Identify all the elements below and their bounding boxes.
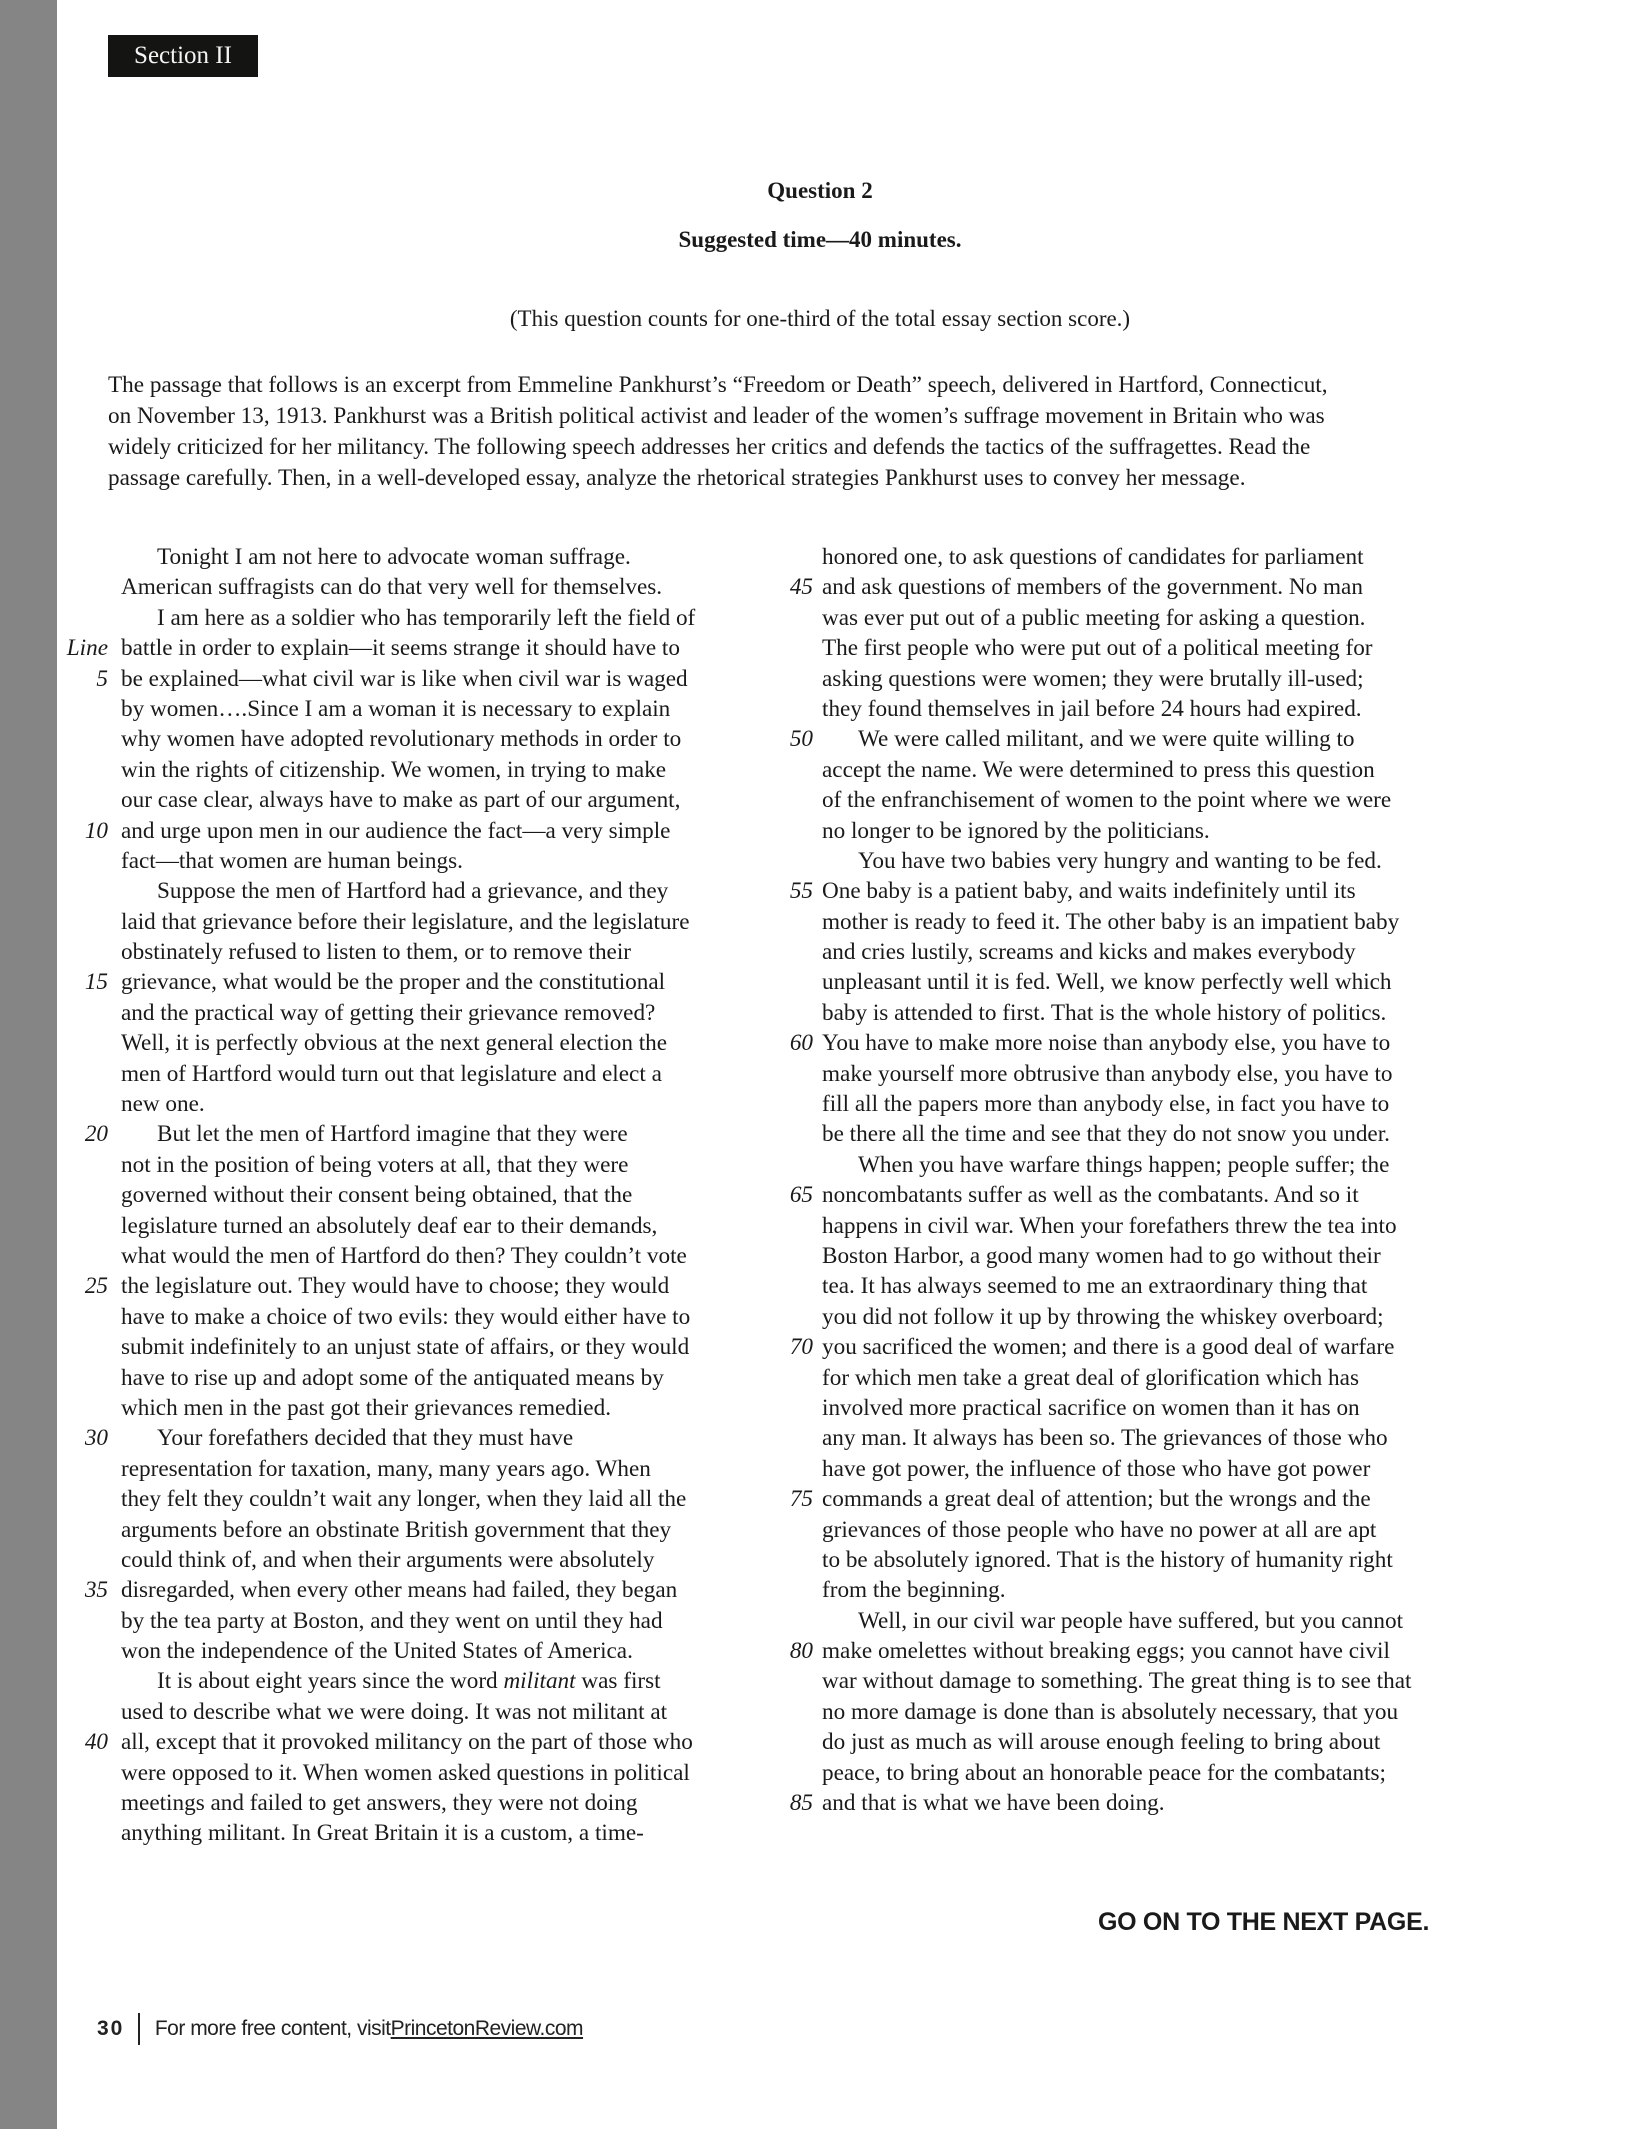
line-number: 70 [760,1332,813,1362]
passage-line: to be absolutely ignored. That is the hi… [760,1545,1460,1575]
passage-line: 65noncombatants suffer as well as the co… [760,1180,1460,1210]
line-text: used to describe what we were doing. It … [121,1697,667,1727]
passage-line: I am here as a soldier who has temporari… [55,603,755,633]
passage-line: 50We were called militant, and we were q… [760,724,1460,754]
passage-right-column: honored one, to ask questions of candida… [760,542,1460,1818]
passage-line: mother is ready to feed it. The other ba… [760,907,1460,937]
line-text: submit indefinitely to an unjust state o… [121,1332,689,1362]
passage-line: could think of, and when their arguments… [55,1545,755,1575]
passage-line: win the rights of citizenship. We women,… [55,755,755,785]
passage-line: 70you sacrificed the women; and there is… [760,1332,1460,1362]
line-text: representation for taxation, many, many … [121,1454,651,1484]
line-number: 25 [55,1271,108,1301]
passage-line: make yourself more obtrusive than anybod… [760,1059,1460,1089]
line-text: and cries lustily, screams and kicks and… [822,937,1356,967]
line-text: they felt they couldn’t wait any longer,… [121,1484,686,1514]
line-number: 55 [760,876,813,906]
line-text: honored one, to ask questions of candida… [822,542,1364,572]
question-weight-note: (This question counts for one-third of t… [0,306,1640,332]
line-number: 75 [760,1484,813,1514]
passage-line: Tonight I am not here to advocate woman … [55,542,755,572]
page-footer: 30 For more free content, visit Princeto… [97,2014,583,2044]
passage-line: It is about eight years since the word m… [55,1666,755,1696]
passage-line: tea. It has always seemed to me an extra… [760,1271,1460,1301]
passage-line: war without damage to something. The gre… [760,1666,1460,1696]
line-text: new one. [121,1089,205,1119]
line-text: what would the men of Hartford do then? … [121,1241,687,1271]
line-text: You have to make more noise than anybody… [822,1028,1390,1058]
passage-line: not in the position of being voters at a… [55,1150,755,1180]
passage-line: and the practical way of getting their g… [55,998,755,1028]
line-number: Line [55,633,108,663]
line-text: you did not follow it up by throwing the… [822,1302,1384,1332]
footer-divider [138,2013,140,2045]
intro-line: widely criticized for her militancy. The… [108,432,1468,463]
line-text: and ask questions of members of the gove… [822,572,1363,602]
line-text: and the practical way of getting their g… [121,998,655,1028]
passage-line: involved more practical sacrifice on wom… [760,1393,1460,1423]
line-text: obstinately refused to listen to them, o… [121,937,631,967]
passage-line: what would the men of Hartford do then? … [55,1241,755,1271]
line-text: But let the men of Hartford imagine that… [121,1119,628,1149]
line-text: of the enfranchisement of women to the p… [822,785,1391,815]
line-text: We were called militant, and we were qui… [822,724,1355,754]
passage-line: which men in the past got their grievanc… [55,1393,755,1423]
line-text: I am here as a soldier who has temporari… [121,603,695,633]
passage-line: honored one, to ask questions of candida… [760,542,1460,572]
line-text: mother is ready to feed it. The other ba… [822,907,1399,937]
line-text: governed without their consent being obt… [121,1180,632,1210]
line-text: could think of, and when their arguments… [121,1545,654,1575]
line-text: asking questions were women; they were b… [822,664,1364,694]
passage-left-column: Tonight I am not here to advocate woman … [55,542,755,1849]
passage-line: men of Hartford would turn out that legi… [55,1059,755,1089]
line-text: be explained—what civil war is like when… [121,664,688,694]
line-text: anything militant. In Great Britain it i… [121,1818,644,1848]
passage-line: no more damage is done than is absolutel… [760,1697,1460,1727]
passage-line: fill all the papers more than anybody el… [760,1089,1460,1119]
line-text: make omelettes without breaking eggs; yo… [822,1636,1390,1666]
passage-line: meetings and failed to get answers, they… [55,1788,755,1818]
line-text: Well, it is perfectly obvious at the nex… [121,1028,667,1058]
line-number: 80 [760,1636,813,1666]
footer-text: For more free content, visit [155,2017,391,2041]
emphasized-word: militant [503,1668,575,1694]
passage-line: accept the name. We were determined to p… [760,755,1460,785]
passage-line: they found themselves in jail before 24 … [760,694,1460,724]
intro-paragraph: The passage that follows is an excerpt f… [108,370,1468,494]
line-text: win the rights of citizenship. We women,… [121,755,666,785]
question-title: Question 2 [0,178,1640,204]
passage-line: 80make omelettes without breaking eggs; … [760,1636,1460,1666]
line-text-segment: It is about eight years since the word [157,1668,503,1694]
line-text: have to rise up and adopt some of the an… [121,1363,664,1393]
line-text: no more damage is done than is absolutel… [822,1697,1398,1727]
line-number: 20 [55,1119,108,1149]
passage-line: arguments before an obstinate British go… [55,1515,755,1545]
passage-line: 20But let the men of Hartford imagine th… [55,1119,755,1149]
line-text: One baby is a patient baby, and waits in… [822,876,1356,906]
passage-line: you did not follow it up by throwing the… [760,1302,1460,1332]
passage-line: 60You have to make more noise than anybo… [760,1028,1460,1058]
line-text: all, except that it provoked militancy o… [121,1727,693,1757]
passage-line: The first people who were put out of a p… [760,633,1460,663]
line-text: Your forefathers decided that they must … [121,1423,573,1453]
line-number: 40 [55,1727,108,1757]
line-text: make yourself more obtrusive than anybod… [822,1059,1393,1089]
passage-line: baby is attended to first. That is the w… [760,998,1460,1028]
passage-line: 35disregarded, when every other means ha… [55,1575,755,1605]
line-text: by the tea party at Boston, and they wen… [121,1606,663,1636]
passage-line: have to rise up and adopt some of the an… [55,1363,755,1393]
passage-line: Linebattle in order to explain—it seems … [55,633,755,663]
passage-line: governed without their consent being obt… [55,1180,755,1210]
passage-line: by women….Since I am a woman it is neces… [55,694,755,724]
line-text: from the beginning. [822,1575,1006,1605]
line-text: they found themselves in jail before 24 … [822,694,1362,724]
line-text: were opposed to it. When women asked que… [121,1758,690,1788]
passage-line: and cries lustily, screams and kicks and… [760,937,1460,967]
passage-line: 55One baby is a patient baby, and waits … [760,876,1460,906]
line-text: noncombatants suffer as well as the comb… [822,1180,1359,1210]
line-text: tea. It has always seemed to me an extra… [822,1271,1367,1301]
passage-line: any man. It always has been so. The grie… [760,1423,1460,1453]
line-text: involved more practical sacrifice on wom… [822,1393,1360,1423]
line-text: no longer to be ignored by the politicia… [822,816,1210,846]
passage-line: by the tea party at Boston, and they wen… [55,1606,755,1636]
passage-line: obstinately refused to listen to them, o… [55,937,755,967]
line-text: which men in the past got their grievanc… [121,1393,611,1423]
passage-line: unpleasant until it is fed. Well, we kno… [760,967,1460,997]
passage-line: no longer to be ignored by the politicia… [760,816,1460,846]
passage-line: 40all, except that it provoked militancy… [55,1727,755,1757]
line-text: grievance, what would be the proper and … [121,967,665,997]
passage-line: happens in civil war. When your forefath… [760,1211,1460,1241]
passage-line: When you have warfare things happen; peo… [760,1150,1460,1180]
line-text: unpleasant until it is fed. Well, we kno… [822,967,1392,997]
line-text: peace, to bring about an honorable peace… [822,1758,1386,1788]
line-text: fill all the papers more than anybody el… [822,1089,1389,1119]
line-text: The first people who were put out of a p… [822,633,1373,663]
passage-line: peace, to bring about an honorable peace… [760,1758,1460,1788]
line-text: happens in civil war. When your forefath… [822,1211,1397,1241]
passage-line: Suppose the men of Hartford had a grieva… [55,876,755,906]
line-number: 85 [760,1788,813,1818]
line-text: won the independence of the United State… [121,1636,633,1666]
passage-line: from the beginning. [760,1575,1460,1605]
passage-line: grievances of those people who have no p… [760,1515,1460,1545]
passage-line: 5be explained—what civil war is like whe… [55,664,755,694]
passage-line: 10and urge upon men in our audience the … [55,816,755,846]
line-number: 65 [760,1180,813,1210]
line-text: to be absolutely ignored. That is the hi… [822,1545,1393,1575]
line-number: 10 [55,816,108,846]
line-number: 15 [55,967,108,997]
line-text: Tonight I am not here to advocate woman … [121,542,631,572]
section-badge: Section II [108,35,258,77]
passage-line: be there all the time and see that they … [760,1119,1460,1149]
passage-line: asking questions were women; they were b… [760,664,1460,694]
line-text: disregarded, when every other means had … [121,1575,677,1605]
line-text: was ever put out of a public meeting for… [822,603,1365,633]
line-text: and urge upon men in our audience the fa… [121,816,670,846]
line-text: baby is attended to first. That is the w… [822,998,1386,1028]
line-text: accept the name. We were determined to p… [822,755,1375,785]
line-text: arguments before an obstinate British go… [121,1515,671,1545]
passage-line: legislature turned an absolutely deaf ea… [55,1211,755,1241]
line-text: Boston Harbor, a good many women had to … [822,1241,1381,1271]
line-text: American suffragists can do that very we… [121,572,662,602]
passage-line: 30Your forefathers decided that they mus… [55,1423,755,1453]
passage-line: representation for taxation, many, many … [55,1454,755,1484]
page-number: 30 [97,2017,124,2041]
passage-line: Well, it is perfectly obvious at the nex… [55,1028,755,1058]
go-on-next-page: GO ON TO THE NEXT PAGE. [1098,1908,1429,1937]
passage-line: used to describe what we were doing. It … [55,1697,755,1727]
passage-line: You have two babies very hungry and want… [760,846,1460,876]
passage-line: 85and that is what we have been doing. [760,1788,1460,1818]
line-text: war without damage to something. The gre… [822,1666,1411,1696]
line-text: do just as much as will arouse enough fe… [822,1727,1380,1757]
passage-line: was ever put out of a public meeting for… [760,603,1460,633]
passage-line: anything militant. In Great Britain it i… [55,1818,755,1848]
line-text: You have two babies very hungry and want… [822,846,1382,876]
line-text: not in the position of being voters at a… [121,1150,628,1180]
line-text: legislature turned an absolutely deaf ea… [121,1211,657,1241]
passage-line: for which men take a great deal of glori… [760,1363,1460,1393]
line-text: commands a great deal of attention; but … [822,1484,1371,1514]
line-text: battle in order to explain—it seems stra… [121,633,680,663]
line-number: 5 [55,664,108,694]
line-text: you sacrificed the women; and there is a… [822,1332,1394,1362]
passage-line: Boston Harbor, a good many women had to … [760,1241,1460,1271]
passage-line: our case clear, always have to make as p… [55,785,755,815]
line-text: be there all the time and see that they … [822,1119,1390,1149]
passage-line: submit indefinitely to an unjust state o… [55,1332,755,1362]
line-text: fact—that women are human beings. [121,846,463,876]
passage-line: of the enfranchisement of women to the p… [760,785,1460,815]
passage-line: 75commands a great deal of attention; bu… [760,1484,1460,1514]
princeton-review-link[interactable]: PrincetonReview.com [391,2017,583,2041]
passage-line: were opposed to it. When women asked que… [55,1758,755,1788]
line-text: When you have warfare things happen; peo… [822,1150,1389,1180]
line-text: Suppose the men of Hartford had a grieva… [121,876,668,906]
passage-line: laid that grievance before their legisla… [55,907,755,937]
passage-line: 15grievance, what would be the proper an… [55,967,755,997]
passage-line: won the independence of the United State… [55,1636,755,1666]
line-text: It is about eight years since the word m… [121,1666,661,1696]
line-text: the legislature out. They would have to … [121,1271,669,1301]
line-number: 45 [760,572,813,602]
line-number: 35 [55,1575,108,1605]
passage-line: they felt they couldn’t wait any longer,… [55,1484,755,1514]
passage-line: have to make a choice of two evils: they… [55,1302,755,1332]
passage-line: why women have adopted revolutionary met… [55,724,755,754]
passage-line: 25the legislature out. They would have t… [55,1271,755,1301]
line-text: and that is what we have been doing. [822,1788,1165,1818]
line-text: our case clear, always have to make as p… [121,785,680,815]
line-text-segment: was first [576,1668,661,1694]
passage-line: new one. [55,1089,755,1119]
line-text: for which men take a great deal of glori… [822,1363,1359,1393]
passage-line: fact—that women are human beings. [55,846,755,876]
line-number: 30 [55,1423,108,1453]
line-text: grievances of those people who have no p… [822,1515,1376,1545]
passage-line: do just as much as will arouse enough fe… [760,1727,1460,1757]
passage-line: Well, in our civil war people have suffe… [760,1606,1460,1636]
line-text: meetings and failed to get answers, they… [121,1788,637,1818]
line-text: Well, in our civil war people have suffe… [822,1606,1403,1636]
line-text: have to make a choice of two evils: they… [121,1302,690,1332]
passage-line: have got power, the influence of those w… [760,1454,1460,1484]
line-text: why women have adopted revolutionary met… [121,724,681,754]
suggested-time: Suggested time—40 minutes. [0,227,1640,253]
line-text: laid that grievance before their legisla… [121,907,690,937]
passage-line: 45and ask questions of members of the go… [760,572,1460,602]
line-text: any man. It always has been so. The grie… [822,1423,1388,1453]
line-text: men of Hartford would turn out that legi… [121,1059,662,1089]
intro-line: passage carefully. Then, in a well-devel… [108,463,1468,494]
intro-line: The passage that follows is an excerpt f… [108,370,1468,401]
line-number: 50 [760,724,813,754]
line-text: have got power, the influence of those w… [822,1454,1370,1484]
line-number: 60 [760,1028,813,1058]
intro-line: on November 13, 1913. Pankhurst was a Br… [108,401,1468,432]
line-text: by women….Since I am a woman it is neces… [121,694,670,724]
passage-line: American suffragists can do that very we… [55,572,755,602]
